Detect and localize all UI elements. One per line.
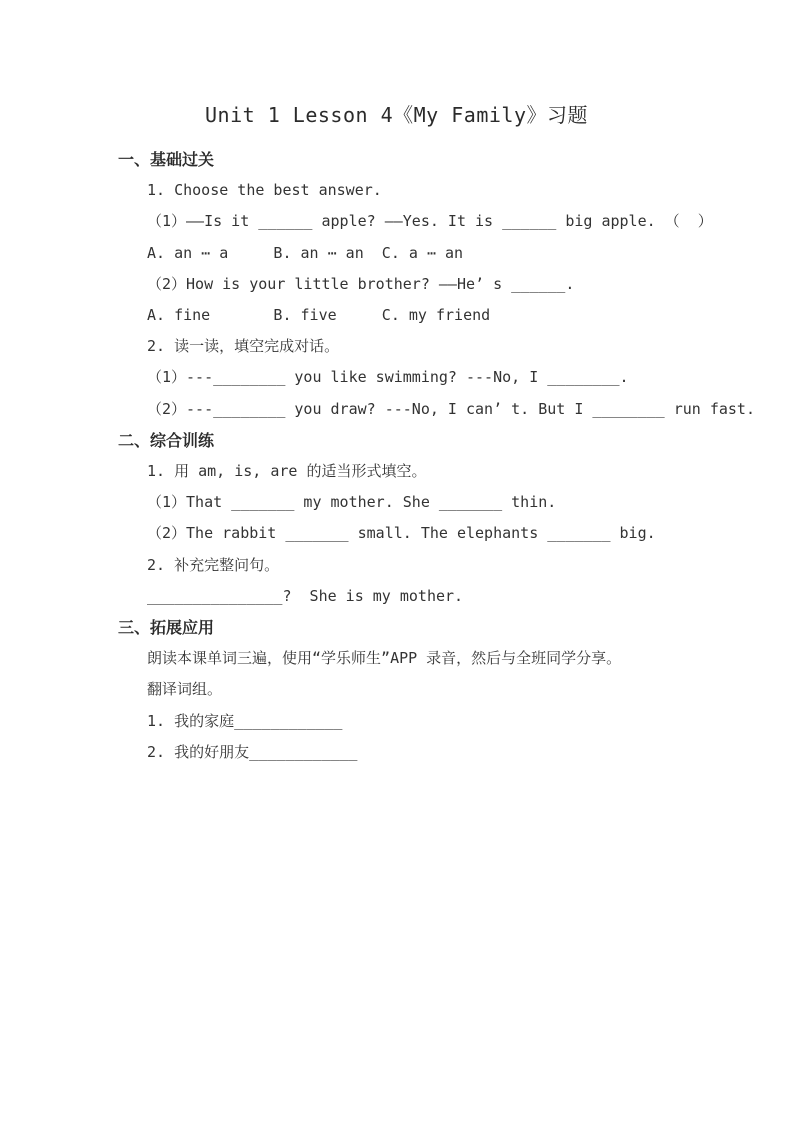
section-comprehensive-training: 二、综合训练 1. 用 am, is, are 的适当形式填空。 （1）That… <box>118 425 753 612</box>
blank-question-she-is-my-mother: _______________? She is my mother. <box>147 581 753 612</box>
section-basic-practice: 一、基础过关 1. Choose the best answer. （1）——I… <box>118 144 753 425</box>
options-line-question-2: A. fine B. five C. my friend <box>147 300 753 331</box>
section-extension-application: 三、拓展应用 朗读本课单词三遍，使用“学乐师生”APP 录音，然后与全班同学分享… <box>118 612 753 768</box>
page-title: Unit 1 Lesson 4《My Family》习题 <box>0 0 793 128</box>
translate-item-my-good-friend: 2. 我的好朋友____________ <box>147 737 753 768</box>
translate-item-my-family: 1. 我的家庭____________ <box>147 706 753 737</box>
section-heading-comprehensive: 二、综合训练 <box>118 425 753 456</box>
fill-blank-mother-thin: （1）That _______ my mother. She _______ t… <box>147 487 753 518</box>
fill-blank-rabbit-elephants: （2）The rabbit _______ small. The elephan… <box>147 518 753 549</box>
instruction-am-is-are: 1. 用 am, is, are 的适当形式填空。 <box>147 456 753 487</box>
worksheet-page: Unit 1 Lesson 4《My Family》习题 一、基础过关 1. C… <box>0 0 793 1122</box>
question-2-brother: （2）How is your little brother? ——He’ s _… <box>147 269 753 300</box>
instruction-read-aloud-app: 朗读本课单词三遍，使用“学乐师生”APP 录音，然后与全班同学分享。 <box>147 643 753 674</box>
instruction-complete-question: 2. 补充完整问句。 <box>147 550 753 581</box>
instruction-choose-answer: 1. Choose the best answer. <box>147 175 753 206</box>
question-1-apple: （1）——Is it ______ apple? ——Yes. It is __… <box>147 206 753 237</box>
section-heading-basic: 一、基础过关 <box>118 144 753 175</box>
dialog-blank-swimming: （1）---________ you like swimming? ---No,… <box>147 362 753 393</box>
worksheet-content: 一、基础过关 1. Choose the best answer. （1）——I… <box>0 144 793 768</box>
dialog-blank-draw: （2）---________ you draw? ---No, I can’ t… <box>147 394 753 425</box>
instruction-translate-phrases: 翻译词组。 <box>147 674 753 705</box>
instruction-fill-dialog: 2. 读一读，填空完成对话。 <box>147 331 753 362</box>
section-heading-extension: 三、拓展应用 <box>118 612 753 643</box>
options-line-question-1: A. an ⋯ a B. an ⋯ an C. a ⋯ an <box>147 238 753 269</box>
